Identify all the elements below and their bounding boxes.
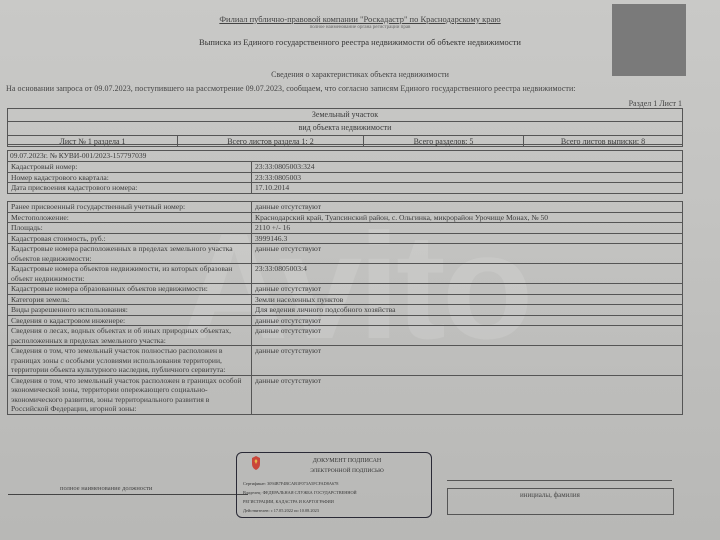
table-row: Кадастровые номера объектов недвижимости…	[8, 264, 683, 284]
field-value: данные отсутствуют	[252, 315, 683, 326]
emblem-icon	[250, 455, 262, 471]
table-row: Сведения о лесах, водных объектах и об и…	[8, 326, 683, 346]
object-type-caption: вид объекта недвижимости	[8, 122, 682, 134]
sheet-number: Лист № 1 раздела 1	[8, 136, 178, 146]
field-label: Сведения о том, что земельный участок ра…	[8, 375, 252, 414]
stamp-owner-2: РЕГИСТРАЦИИ, КАДАСТРА И КАРТОГРАФИИ	[243, 499, 334, 504]
table-row: Категория земель:Земли населенных пункто…	[8, 294, 683, 305]
table-row: Кадастровые номера расположенных в преде…	[8, 244, 683, 264]
characteristics-table: Ранее присвоенный государственный учетны…	[7, 201, 683, 415]
stamp-owner-1: Владелец: ФЕДЕРАЛЬНАЯ СЛУЖБА ГОСУДАРСТВЕ…	[243, 490, 357, 495]
position-caption: полное наименование должности	[60, 485, 152, 492]
field-value: 23:33:0805003:4	[252, 264, 683, 284]
name-caption: инициалы, фамилия	[520, 491, 580, 499]
field-value: данные отсутствуют	[252, 284, 683, 295]
field-label: Сведения о кадастровом инженере:	[8, 315, 252, 326]
field-value: 2110 +/- 16	[252, 223, 683, 234]
signature-line	[447, 480, 672, 481]
field-label: Номер кадастрового квартала:	[8, 172, 252, 183]
table-row: Дата присвоения кадастрового номера:17.1…	[8, 183, 683, 194]
field-label: Местоположение:	[8, 212, 252, 223]
field-label: Площадь:	[8, 223, 252, 234]
field-label: Категория земель:	[8, 294, 252, 305]
field-label: Кадастровый номер:	[8, 162, 252, 173]
table-row: Сведения о том, что земельный участок по…	[8, 346, 683, 376]
table-row: Площадь:2110 +/- 16	[8, 223, 683, 234]
field-label: Сведения о лесах, водных объектах и об и…	[8, 326, 252, 346]
stamp-validity: Действителен: с 17.05.2022 по 10.08.2023	[243, 508, 319, 513]
table-row: Кадастровая стоимость, руб.:3999146.3	[8, 233, 683, 244]
field-label: Кадастровые номера расположенных в преде…	[8, 244, 252, 264]
field-value: 23:33:0805003:324	[252, 162, 683, 173]
field-label: Сведения о том, что земельный участок по…	[8, 346, 252, 376]
field-label: Виды разрешенного использования:	[8, 305, 252, 316]
cadastral-info-table: Кадастровый номер:23:33:0805003:324Номер…	[7, 161, 683, 194]
organization-name: Филиал публично-правовой компании "Роска…	[0, 14, 720, 24]
section-sheet-label: Раздел 1 Лист 1	[629, 99, 682, 108]
stamp-certificate: Сертификат: 3094B7F4BCAB1F073A5FCFAD8A67…	[243, 481, 338, 486]
table-row: Местоположение:Краснодарский край, Туапс…	[8, 212, 683, 223]
table-row: Сведения о том, что земельный участок ра…	[8, 375, 683, 414]
field-value: 17.10.2014	[252, 183, 683, 194]
field-value: 23:33:0805003	[252, 172, 683, 183]
field-value: данные отсутствуют	[252, 346, 683, 376]
extract-sheets-total: Всего листов выписки: 8	[524, 136, 682, 146]
stamp-subtitle: ЭЛЕКТРОННОЙ ПОДПИСЬЮ	[262, 468, 432, 474]
field-label: Кадастровая стоимость, руб.:	[8, 233, 252, 244]
stamp-title: ДОКУМЕНТ ПОДПИСАН	[262, 458, 432, 464]
field-value: данные отсутствуют	[252, 244, 683, 264]
object-type: Земельный участок	[8, 109, 682, 122]
section-title: Сведения о характеристиках объекта недви…	[0, 70, 720, 79]
request-number: 09.07.2023г. № КУВИ-001/2023-157797039	[7, 150, 683, 161]
field-value: Для ведения личного подсобного хозяйства	[252, 305, 683, 316]
table-row: Номер кадастрового квартала:23:33:080500…	[8, 172, 683, 183]
field-label: Дата присвоения кадастрового номера:	[8, 183, 252, 194]
field-value: данные отсутствуют	[252, 375, 683, 414]
organization-caption: полное наименование органа регистрации п…	[0, 25, 720, 30]
field-value: данные отсутствуют	[252, 326, 683, 346]
table-row: Виды разрешенного использования:Для веде…	[8, 305, 683, 316]
field-label: Кадастровые номера образованных объектов…	[8, 284, 252, 295]
field-value: Земли населенных пунктов	[252, 294, 683, 305]
document-title: Выписка из Единого государственного реес…	[0, 37, 720, 47]
field-value: Краснодарский край, Туапсинский район, с…	[252, 212, 683, 223]
field-label: Кадастровые номера объектов недвижимости…	[8, 264, 252, 284]
table-row: Ранее присвоенный государственный учетны…	[8, 202, 683, 213]
sections-total: Всего разделов: 5	[364, 136, 524, 146]
table-row: Сведения о кадастровом инженере:данные о…	[8, 315, 683, 326]
sheet-info-row: Лист № 1 раздела 1 Всего листов раздела …	[7, 135, 683, 147]
field-value: данные отсутствуют	[252, 202, 683, 213]
field-label: Ранее присвоенный государственный учетны…	[8, 202, 252, 213]
section-sheets-total: Всего листов раздела 1: 2	[178, 136, 364, 146]
table-row: Кадастровый номер:23:33:0805003:324	[8, 162, 683, 173]
table-row: Кадастровые номера образованных объектов…	[8, 284, 683, 295]
field-value: 3999146.3	[252, 233, 683, 244]
request-basis: На основании запроса от 09.07.2023, пост…	[6, 84, 576, 93]
